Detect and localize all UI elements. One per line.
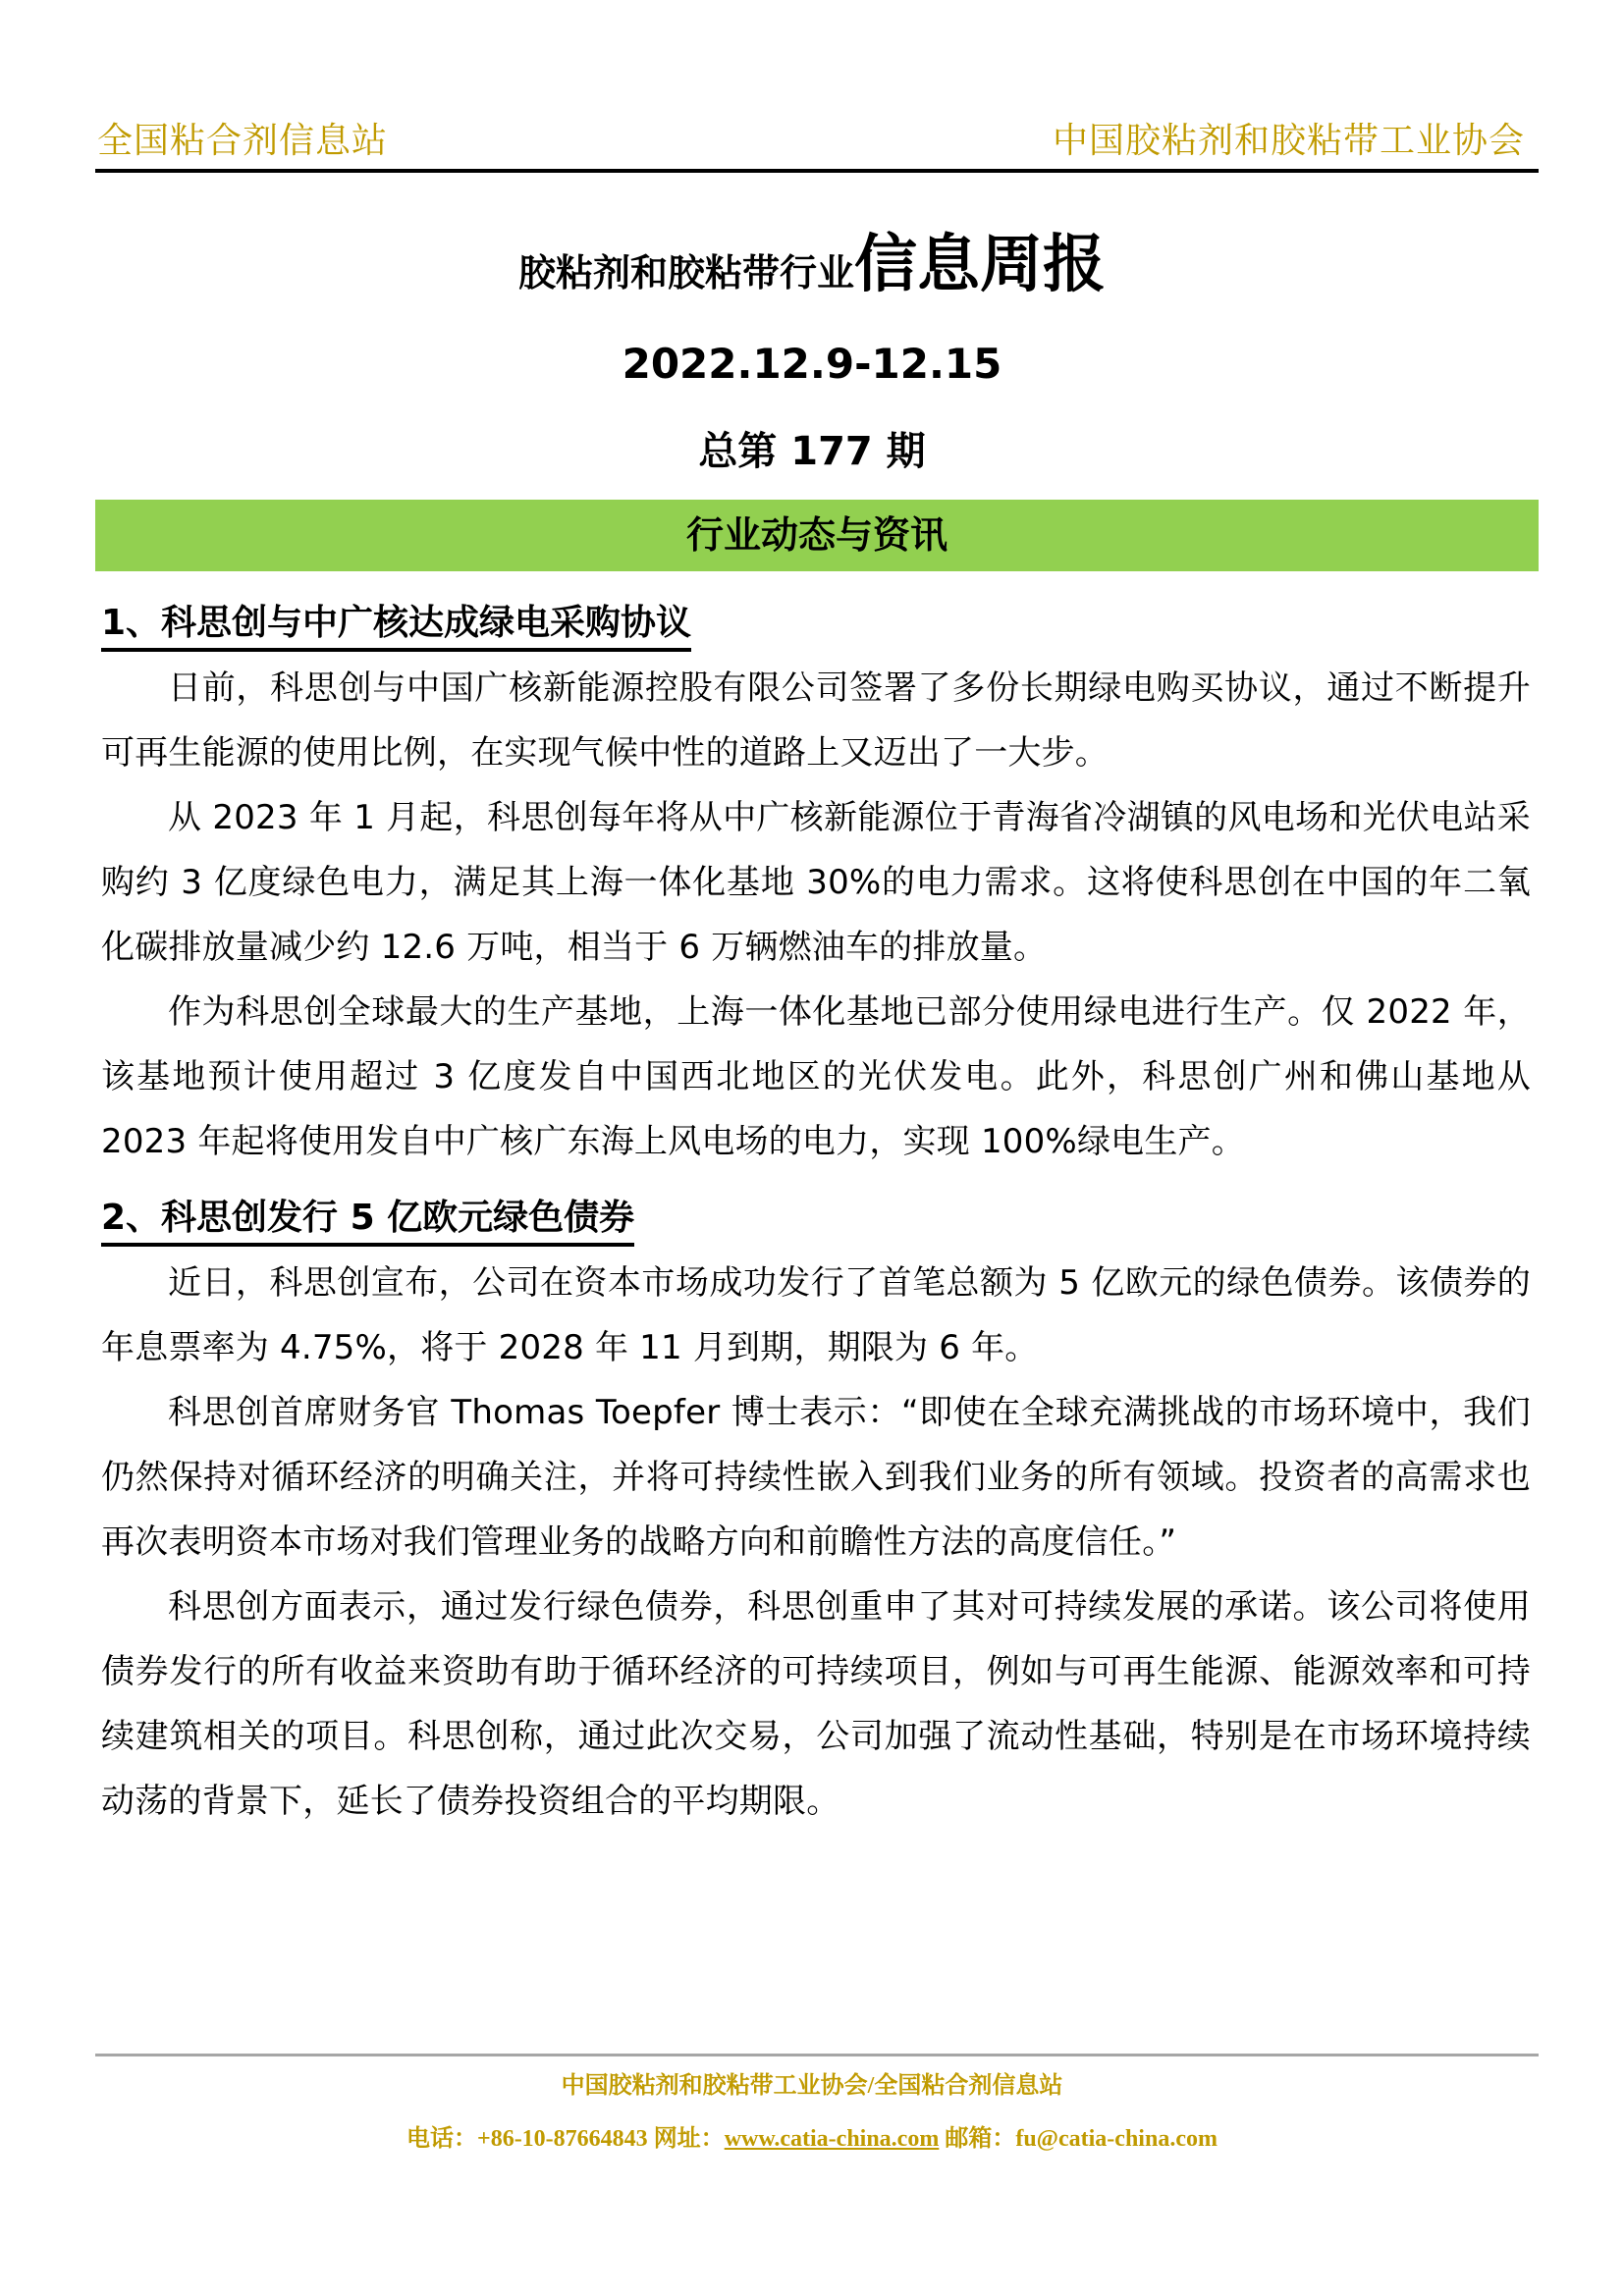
footer-org: 中国胶粘剂和胶粘带工业协会/全国粘合剂信息站: [0, 2065, 1624, 2100]
footer-contact: 电话：+86-10-87664843 网址：www.catia-china.co…: [0, 2118, 1624, 2153]
paragraph: 科思创首席财务官 Thomas Toepfer 博士表示：“即使在全球充满挑战的…: [101, 1380, 1531, 1575]
header-right-title: 中国胶粘剂和胶粘带工业协会: [1053, 113, 1525, 163]
title-main: 信息周报: [854, 229, 1106, 301]
date-range: 2022.12.9-12.15: [0, 340, 1624, 388]
paragraph: 从 2023 年 1 月起，科思创每年将从中广核新能源位于青海省冷湖镇的风电场和…: [101, 785, 1531, 980]
page-header: 全国粘合剂信息站 中国胶粘剂和胶粘带工业协会: [95, 116, 1539, 173]
issue-number: 总第 177 期: [0, 420, 1624, 476]
website-label: 网址：: [648, 2126, 725, 2152]
phone-label: 电话：: [406, 2126, 477, 2152]
document-title: 胶粘剂和胶粘带行业信息周报: [0, 214, 1624, 304]
header-left-title: 全国粘合剂信息站: [97, 113, 388, 163]
article-title: 1、科思创与中广核达成绿电采购协议: [101, 601, 691, 652]
section-header: 行业动态与资讯: [95, 500, 1539, 571]
email-address[interactable]: fu@catia-china.com: [1015, 2126, 1218, 2152]
article-2: 2、科思创发行 5 亿欧元绿色债券 近日，科思创宣布，公司在资本市场成功发行了首…: [95, 1196, 1539, 1834]
website-link[interactable]: www.catia-china.com: [725, 2126, 940, 2152]
phone-number: +86-10-87664843: [477, 2126, 648, 2152]
article-title: 2、科思创发行 5 亿欧元绿色债券: [101, 1196, 634, 1247]
title-prefix: 胶粘剂和胶粘带行业: [518, 251, 854, 294]
paragraph: 作为科思创全球最大的生产基地，上海一体化基地已部分使用绿电进行生产。仅 2022…: [101, 980, 1531, 1174]
paragraph: 日前，科思创与中国广核新能源控股有限公司签署了多份长期绿电购买协议，通过不断提升…: [101, 656, 1531, 785]
article-1: 1、科思创与中广核达成绿电采购协议 日前，科思创与中国广核新能源控股有限公司签署…: [95, 601, 1539, 1174]
paragraph: 科思创方面表示，通过发行绿色债券，科思创重申了其对可持续发展的承诺。该公司将使用…: [101, 1575, 1531, 1834]
article-content: 1、科思创与中广核达成绿电采购协议 日前，科思创与中国广核新能源控股有限公司签署…: [95, 601, 1539, 1834]
paragraph: 近日，科思创宣布，公司在资本市场成功发行了首笔总额为 5 亿欧元的绿色债券。该债…: [101, 1251, 1531, 1380]
email-label: 邮箱：: [939, 2126, 1015, 2152]
footer-divider: [95, 2054, 1539, 2056]
